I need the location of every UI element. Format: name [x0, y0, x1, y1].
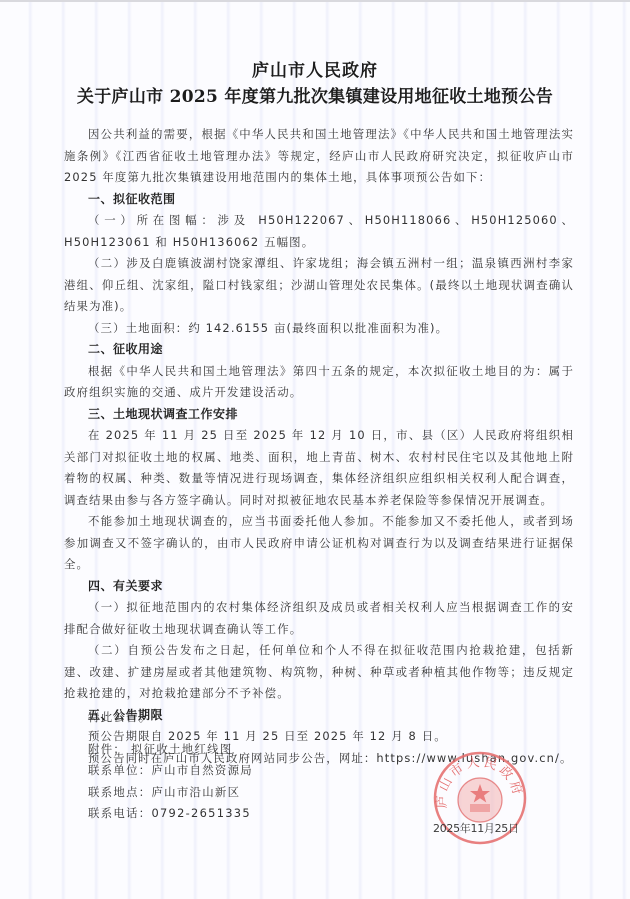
survey-paragraph-1: 在 2025 年 11 月 25 日至 2025 年 12 月 10 日，市、县…: [64, 425, 574, 511]
document-page: 庐山市人民政府 关于庐山市 2025 年度第九批次集镇建设用地征收土地预公告 因…: [0, 0, 630, 899]
section-heading-survey: 三、土地现状调查工作安排: [64, 404, 574, 426]
footer-block: 特此公告。 附件： 拟征收土地红线图 联系单位：庐山市自然资源局 联系地点：庐山…: [88, 707, 253, 825]
document-title: 关于庐山市 2025 年度第九批次集镇建设用地征收土地预公告: [0, 84, 630, 110]
scope-villages: （二）涉及白鹿镇波湖村饶家潭组、许家垅组；海会镇五洲村一组；温泉镇西洲村李家港组…: [64, 253, 574, 318]
document-date: 2025年11月25日: [433, 820, 519, 836]
contact-address: 联系地点：庐山市沿山新区: [88, 782, 253, 804]
section-heading-requirements: 四、有关要求: [64, 576, 574, 598]
section-heading-purpose: 二、征收用途: [64, 339, 574, 361]
purpose-paragraph: 根据《中华人民共和国土地管理法》第四十五条的规定，本次拟征收土地目的为：属于政府…: [64, 361, 574, 404]
title-block: 庐山市人民政府 关于庐山市 2025 年度第九批次集镇建设用地征收土地预公告: [0, 58, 630, 110]
issuer-title: 庐山市人民政府: [0, 58, 630, 84]
scope-area: （三）土地面积：约 142.6155 亩(最终面积以批准面积为准)。: [64, 318, 574, 340]
section-heading-scope: 一、拟征收范围: [64, 189, 574, 211]
scope-map-sheets: （一）所在图幅：涉及 H50H122067、H50H118066、H50H125…: [64, 210, 574, 253]
requirements-paragraph-2: （二）自预公告发布之日起，任何单位和个人不得在拟征收范围内抢栽抢建，包括新建、改…: [64, 640, 574, 705]
survey-paragraph-2: 不能参加土地现状调查的，应当书面委托他人参加。不能参加又不委托他人，或者到场参加…: [64, 511, 574, 576]
requirements-paragraph-1: （一）拟征地范围内的农村集体经济组织及成员或者相关权利人应当根据调查工作的安排配…: [64, 597, 574, 640]
closing-text: 特此公告。: [88, 707, 253, 729]
contact-unit: 联系单位：庐山市自然资源局: [88, 760, 253, 782]
contact-phone: 联系电话：0792-2651335: [88, 803, 253, 825]
intro-paragraph: 因公共利益的需要，根据《中华人民共和国土地管理法》《中华人民共和国土地管理法实施…: [64, 124, 574, 189]
attachment-line: 附件： 拟征收土地红线图: [88, 739, 253, 761]
page-top-border: [0, 0, 630, 2]
document-body: 因公共利益的需要，根据《中华人民共和国土地管理法》《中华人民共和国土地管理法实施…: [64, 124, 574, 769]
